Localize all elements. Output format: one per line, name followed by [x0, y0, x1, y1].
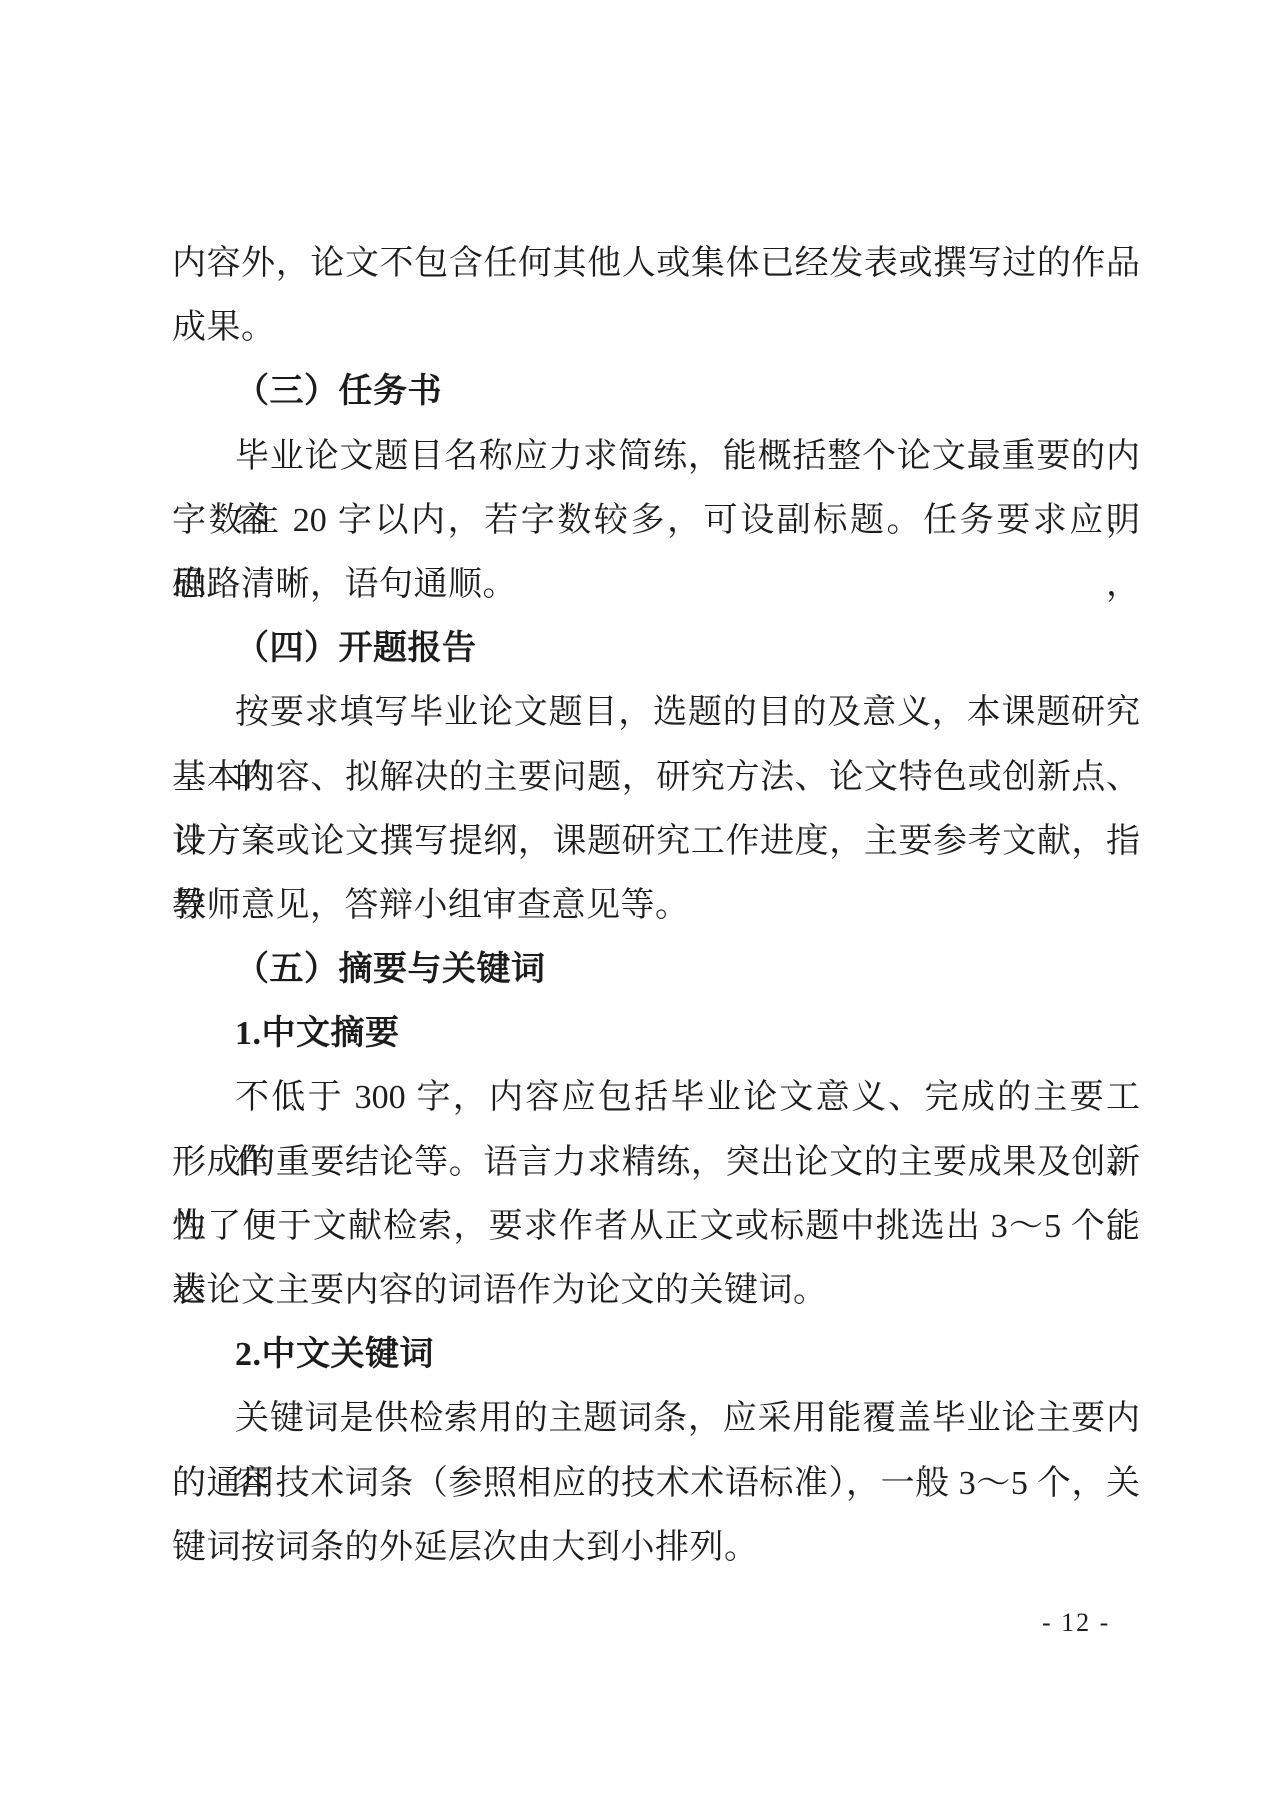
section-heading: 2.中文关键词: [172, 1323, 1140, 1387]
text-line: 计方案或论文撰写提纲，课题研究工作进度，主要参考文献，指导: [172, 810, 1140, 874]
document-page: 内容外，论文不包含任何其他人或集体已经发表或撰写过的作品成果。（三）任务书毕业论…: [0, 0, 1273, 1800]
text-line: 教师意见，答辩小组审查意见等。: [172, 874, 1140, 938]
text-line: 毕业论文题目名称应力求简练，能概括整个论文最重要的内容，: [172, 425, 1140, 489]
text-line: 关键词是供检索用的主题词条，应采用能覆盖毕业论主要内容: [172, 1387, 1140, 1451]
text-line: 不低于 300 字，内容应包括毕业论文意义、完成的主要工作、: [172, 1066, 1140, 1130]
section-heading: 1.中文摘要: [172, 1002, 1140, 1066]
page-body: 内容外，论文不包含任何其他人或集体已经发表或撰写过的作品成果。（三）任务书毕业论…: [172, 232, 1140, 1580]
text-line: 达论文主要内容的词语作为论文的关键词。: [172, 1259, 1140, 1323]
section-heading: （五）摘要与关键词: [172, 938, 1140, 1002]
text-line: 键词按词条的外延层次由大到小排列。: [172, 1516, 1140, 1580]
text-line: 成果。: [172, 296, 1140, 360]
text-line: 内容外，论文不包含任何其他人或集体已经发表或撰写过的作品: [172, 232, 1140, 296]
page-number: - 12 -: [1042, 1608, 1110, 1638]
text-line: 的通用技术词条（参照相应的技术术语标准），一般 3～5 个，关: [172, 1452, 1140, 1516]
section-heading: （四）开题报告: [172, 617, 1140, 681]
text-line: 基本内容、拟解决的主要问题，研究方法、论文特色或创新点、设: [172, 746, 1140, 810]
text-line: 按要求填写毕业论文题目，选题的目的及意义，本课题研究的: [172, 681, 1140, 745]
text-line: 为了便于文献检索，要求作者从正文或标题中挑选出 3～5 个能表: [172, 1195, 1140, 1259]
text-line: 字数在 20 字以内，若字数较多，可设副标题。任务要求应明确，: [172, 489, 1140, 553]
text-line: 形成的重要结论等。语言力求精练，突出论文的主要成果及创新性。: [172, 1131, 1140, 1195]
section-heading: （三）任务书: [172, 360, 1140, 424]
